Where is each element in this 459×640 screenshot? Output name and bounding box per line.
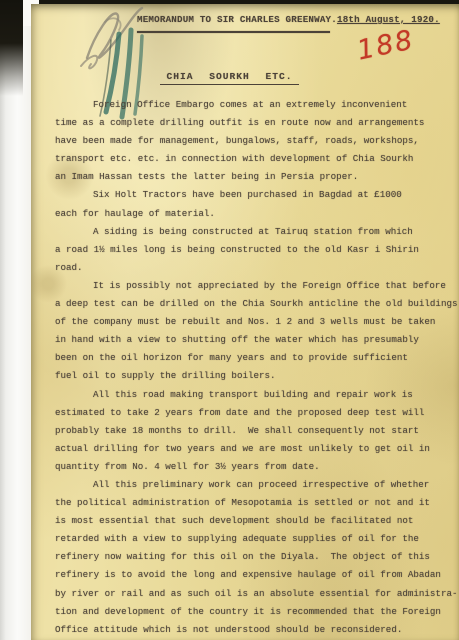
- scanner-background: [0, 0, 32, 640]
- memo-body: Foreign Office Embargo comes at an extre…: [55, 96, 459, 639]
- subject-title-text: CHIA SOURKH ETC.: [160, 71, 298, 85]
- body-line-4: transport etc. etc. in connection with d…: [55, 150, 459, 168]
- body-line-10: road.: [55, 259, 459, 277]
- scanned-memo-page: MEMORANDUM TO SIR CHARLES GREENWAY. 18th…: [0, 0, 459, 640]
- body-line-9: a road 1½ miles long is being constructe…: [55, 241, 459, 259]
- body-line-11: It is possibly not appreciated by the Fo…: [55, 277, 459, 295]
- body-line-21: quantity from No. 4 well for 3½ years fr…: [55, 458, 459, 476]
- body-line-23: the political administration of Mesopota…: [55, 494, 459, 512]
- body-line-20: actual drilling for two years and we are…: [55, 440, 459, 458]
- body-line-25: retarded with a view to supplying adequa…: [55, 530, 459, 548]
- body-line-14: in hand with a view to shutting off the …: [55, 331, 459, 349]
- body-line-28: by river or rail and as such oil is an a…: [55, 585, 459, 603]
- subject-title: CHIA SOURKH ETC.: [0, 66, 459, 85]
- body-line-6: Six Holt Tractors have been purchased in…: [55, 186, 459, 204]
- body-line-13: of the company must be rebuilt and Nos. …: [55, 313, 459, 331]
- body-line-22: All this preliminary work can proceed ir…: [55, 476, 459, 494]
- body-line-5: an Imam Hassan tests the latter being in…: [55, 168, 459, 186]
- body-line-7: each for haulage of material.: [55, 205, 459, 223]
- body-line-19: probably take 18 months to drill. We sha…: [55, 422, 459, 440]
- body-line-12: a deep test can be drilled on the Chia S…: [55, 295, 459, 313]
- memo-date: 18th August, 1920.: [337, 14, 440, 25]
- body-line-30: Office attitude which is not understood …: [55, 621, 459, 639]
- body-line-8: A siding is being constructed at Tairuq …: [55, 223, 459, 241]
- body-line-2: time as a complete drilling outfit is en…: [55, 114, 459, 132]
- body-line-1: Foreign Office Embargo comes at an extre…: [55, 96, 459, 114]
- body-line-24: is most essential that such development …: [55, 512, 459, 530]
- body-line-17: All this road making transport building …: [55, 386, 459, 404]
- body-line-26: refinery now waiting for this oil on the…: [55, 548, 459, 566]
- memo-header-title: MEMORANDUM TO SIR CHARLES GREENWAY.: [137, 14, 337, 25]
- body-line-16: fuel oil to supply the drilling boilers.: [55, 367, 459, 385]
- body-line-15: been on the oil horizon for many years a…: [55, 349, 459, 367]
- memo-header-underline: [137, 31, 330, 33]
- body-line-27: refinery is to avoid the long and expens…: [55, 566, 459, 584]
- body-line-29: tion and development of the country it i…: [55, 603, 459, 621]
- body-line-3: have been made for management, bungalows…: [55, 132, 459, 150]
- body-line-18: estimated to take 2 years from date and …: [55, 404, 459, 422]
